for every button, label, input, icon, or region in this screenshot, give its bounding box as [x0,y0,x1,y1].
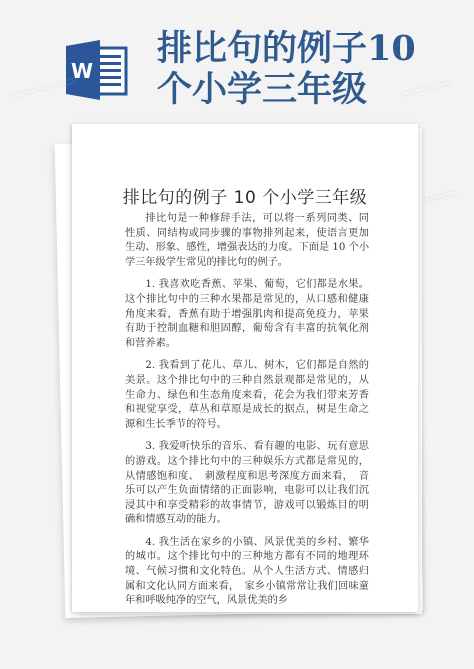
document-body: 排比句是一种修辞手法，可以将一系列同类、同性质、同结构或同步骤的事物排列起来，使… [125,212,369,609]
word-document-icon: W [66,40,128,100]
example-paragraph-4: 4. 我生活在家乡的小镇、风景优美的乡村、繁华的城市。这个排比句中的三种地方都有… [125,536,369,609]
banner-title: 排比句的例子10 个小学三年级 [157,28,416,110]
intro-paragraph: 排比句是一种修辞手法，可以将一系列同类、同性质、同结构或同步骤的事物排列起来，使… [125,212,369,270]
header-banner: W 排比句的例子10 个小学三年级 [0,0,474,120]
example-paragraph-1: 1. 我喜欢吃香蕉、苹果、葡萄，它们都是水果。这个排比句中的三种水果都是常见的，… [125,278,369,351]
example-paragraph-2: 2. 我看到了花儿、草儿、树木，它们都是自然的美景。这个排比句中的三种自然景观都… [125,359,369,432]
svg-text:W: W [71,59,93,83]
banner-title-line-2: 个小学三年级 [157,69,416,110]
document-title: 排比句的例子 10 个小学三年级 [72,183,418,208]
document-page: 排比句的例子 10 个小学三年级 排比句是一种修辞手法，可以将一系列同类、同性质… [72,124,418,612]
banner-title-line-1: 排比句的例子10 [157,28,416,69]
example-paragraph-3: 3. 我爱听快乐的音乐、看有趣的电影、玩有意思的游戏。这个排比句中的三种娱乐方式… [125,440,369,528]
